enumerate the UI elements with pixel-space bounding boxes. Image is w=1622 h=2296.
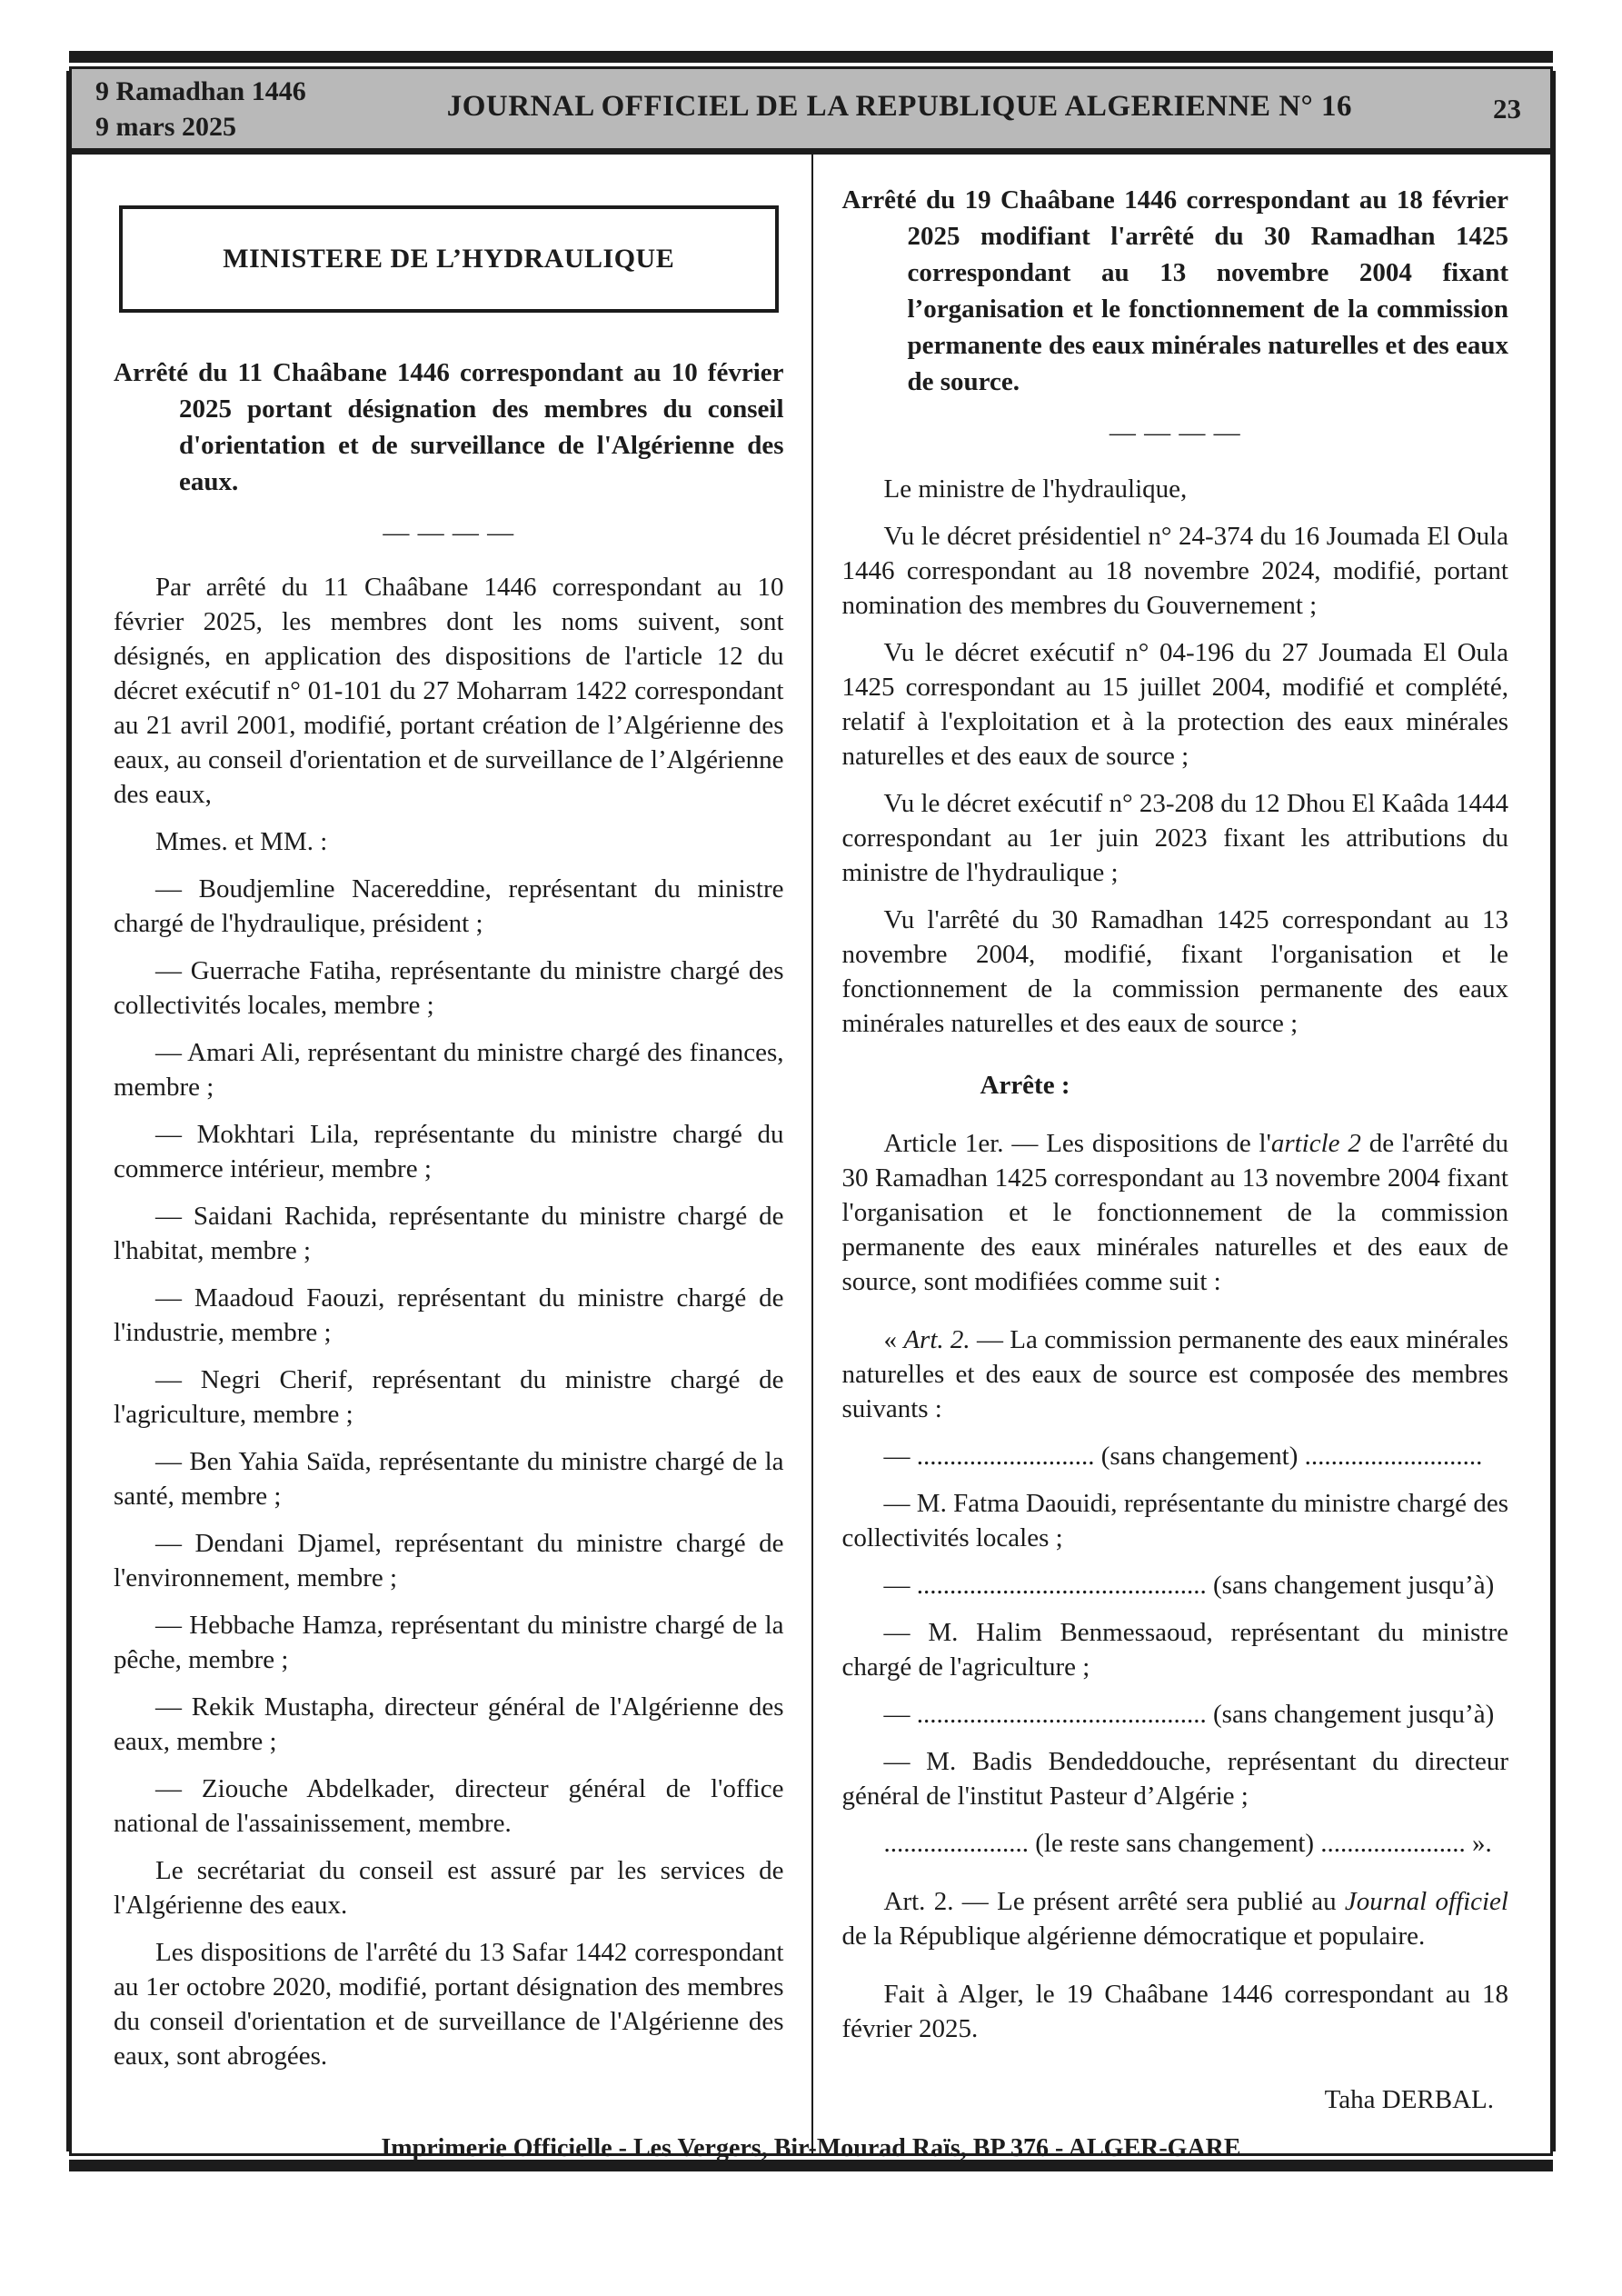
ministry-heading: MINISTERE DE L’HYDRAULIQUE [223, 244, 674, 274]
paragraph: — Hebbache Hamza, représentant du minist… [114, 1608, 784, 1677]
date-hijri: 9 Ramadhan 1446 [95, 74, 306, 109]
journal-page: 9 Ramadhan 1446 9 mars 2025 JOURNAL OFFI… [0, 0, 1622, 2296]
paragraph: Le ministre de l'hydraulique, [842, 472, 1509, 506]
page-number: 23 [1493, 93, 1527, 125]
paragraph: — Ziouche Abdelkader, directeur général … [114, 1772, 784, 1841]
paragraph: Vu le décret présidentiel n° 24-374 du 1… [842, 519, 1509, 623]
paragraph: — Mokhtari Lila, représentante du minist… [114, 1117, 784, 1186]
paragraph: — M. Badis Bendeddouche, représentant du… [842, 1744, 1509, 1813]
ministry-heading-box: MINISTERE DE L’HYDRAULIQUE [119, 205, 779, 313]
paragraph: — Boudjemline Nacereddine, représentant … [114, 872, 784, 941]
paragraph: Vu le décret exécutif n° 23-208 du 12 Dh… [842, 786, 1509, 890]
dash-separator: — — — — [842, 418, 1509, 448]
page-frame: 9 Ramadhan 1446 9 mars 2025 JOURNAL OFFI… [69, 66, 1553, 2156]
paragraph: Le secrétariat du conseil est assuré par… [114, 1853, 784, 1922]
paragraph: — Amari Ali, représentant du ministre ch… [114, 1035, 784, 1104]
header-dates: 9 Ramadhan 1446 9 mars 2025 [95, 74, 306, 145]
paragraph: Par arrêté du 11 Chaâbane 1446 correspon… [114, 570, 784, 812]
journal-title: JOURNAL OFFICIEL DE LA REPUBLIQUE ALGERI… [306, 90, 1493, 127]
decree-title-right: Arrêté du 19 Chaâbane 1446 correspondant… [842, 182, 1509, 400]
imprint-footer: Imprimerie Officielle - Les Vergers, Bir… [0, 2134, 1622, 2163]
paragraph: Vu l'arrêté du 30 Ramadhan 1425 correspo… [842, 903, 1509, 1041]
top-thick-rule [69, 51, 1553, 63]
paragraph: — Guerrache Fatiha, représentante du min… [114, 953, 784, 1023]
right-column: Arrêté du 19 Chaâbane 1446 correspondant… [811, 155, 1551, 2153]
paragraph: — M. Fatma Daouidi, représentante du min… [842, 1486, 1509, 1555]
paragraph: — Negri Cherif, représentant du ministre… [114, 1363, 784, 1432]
paragraph: Art. 2. — Le présent arrêté sera publié … [842, 1884, 1509, 1953]
paragraph: Mmes. et MM. : [114, 824, 784, 859]
paragraph: Les dispositions de l'arrêté du 13 Safar… [114, 1935, 784, 2073]
paragraph: ...................... (le reste sans ch… [842, 1826, 1509, 1861]
header-band: 9 Ramadhan 1446 9 mars 2025 JOURNAL OFFI… [72, 69, 1550, 155]
paragraph: « Art. 2. — La commission permanente des… [842, 1323, 1509, 1426]
paragraph: — Saidani Rachida, représentante du mini… [114, 1199, 784, 1268]
paragraph: Article 1er. — Les dispositions de l'art… [842, 1126, 1509, 1299]
paragraph: — Maadoud Faouzi, représentant du minist… [114, 1281, 784, 1350]
paragraph: — Ben Yahia Saïda, représentante du mini… [114, 1444, 784, 1513]
paragraph: — Rekik Mustapha, directeur général de l… [114, 1690, 784, 1759]
paragraph: — ......................................… [842, 1697, 1509, 1732]
paragraph: Taha DERBAL. [842, 2082, 1509, 2117]
paragraph: Fait à Alger, le 19 Chaâbane 1446 corres… [842, 1977, 1509, 2046]
decree-title-left: Arrêté du 11 Chaâbane 1446 correspondant… [114, 354, 784, 500]
right-column-paragraphs: Le ministre de l'hydraulique,Vu le décre… [842, 472, 1509, 2117]
left-column: MINISTERE DE L’HYDRAULIQUE Arrêté du 11 … [72, 155, 811, 2153]
paragraph: — Dendani Djamel, représentant du minist… [114, 1526, 784, 1595]
paragraph: — ......................................… [842, 1568, 1509, 1602]
dash-separator: — — — — [114, 518, 784, 548]
paragraph: — M. Halim Benmessaoud, représentant du … [842, 1615, 1509, 1684]
date-gregorian: 9 mars 2025 [95, 109, 306, 145]
paragraph: Vu le décret exécutif n° 04-196 du 27 Jo… [842, 635, 1509, 774]
paragraph: Arrête : [980, 1068, 1509, 1103]
left-column-paragraphs: Par arrêté du 11 Chaâbane 1446 correspon… [114, 570, 784, 2073]
paragraph: — ........................... (sans chan… [842, 1439, 1509, 1473]
two-column-content: MINISTERE DE L’HYDRAULIQUE Arrêté du 11 … [72, 155, 1550, 2153]
